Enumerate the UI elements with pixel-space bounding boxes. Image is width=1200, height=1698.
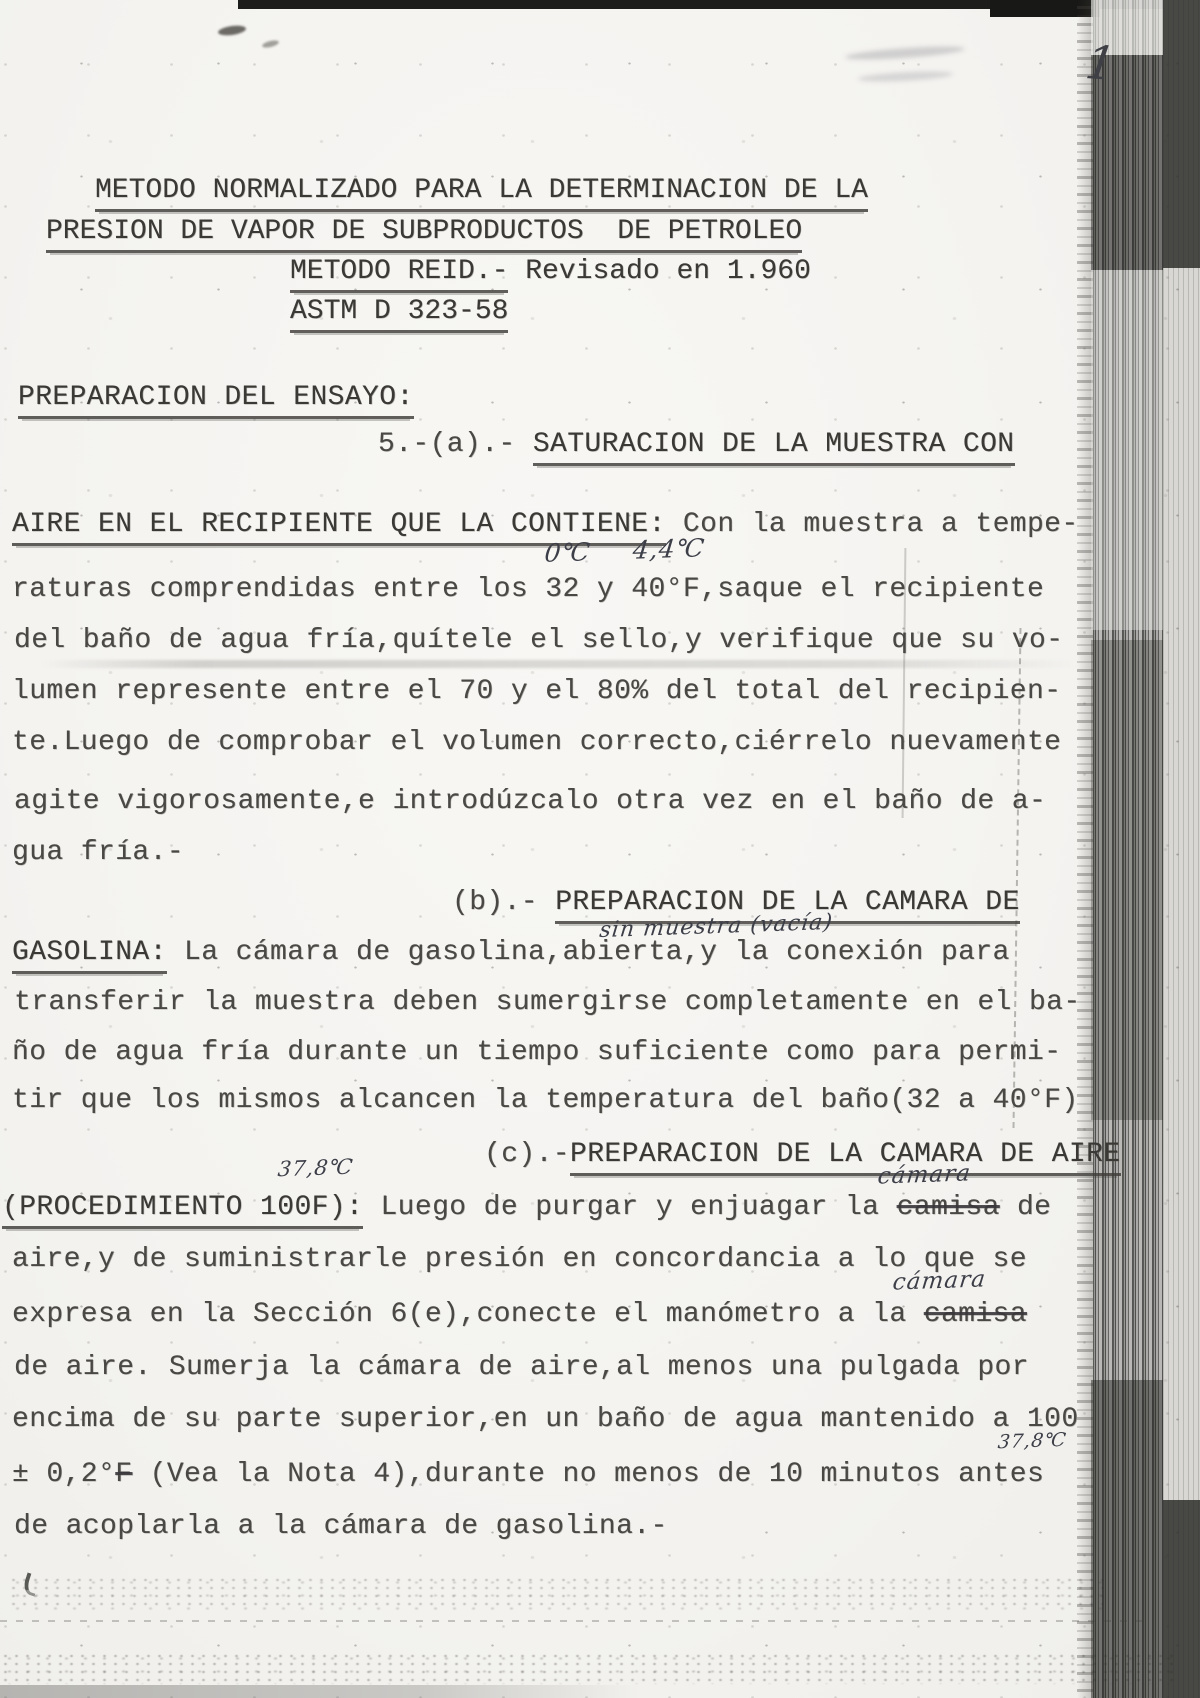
preparation-heading-text: PREPARACION DEL ENSAYO: (18, 382, 414, 419)
body-text: del baño de agua fría,quítele el sello,y… (14, 625, 1063, 656)
paragraph-a-line: gua fría.- (12, 838, 184, 868)
paragraph-c-heading-cont: (PROCEDIMIENTO 100F): (2, 1192, 363, 1229)
paragraph-b-label: (b).- (452, 887, 555, 918)
scan-smudge-band (8, 1576, 1103, 1610)
paper-bottom-shadow (0, 1685, 640, 1698)
body-text: agite vigorosamente,e introdúzcalo otra … (14, 786, 1046, 817)
preparation-heading: PREPARACION DEL ENSAYO: (18, 383, 414, 413)
paragraph-c-line: expresa en la Sección 6(e),conecte el ma… (12, 1300, 1027, 1330)
scan-band-dark-segment (1091, 1380, 1165, 1698)
temp-low-celsius: 0℃ (543, 537, 592, 568)
paragraph-a-line: del baño de agua fría,quítele el sello,y… (14, 626, 1063, 656)
body-text: Luego de purgar y enjuagar la (363, 1192, 896, 1223)
handwritten-camara-correction: cámara (891, 1266, 987, 1295)
standard-number: ASTM D 323-58 (290, 296, 508, 333)
paragraph-c-line: ± 0,2°F (Vea la Nota 4),durante no menos… (12, 1460, 1044, 1490)
handwritten-camara-correction: cámara (876, 1160, 972, 1189)
paragraph-c-line: de aire. Sumerja la cámara de aire,al me… (14, 1353, 1029, 1383)
document-title-line-1: METODO NORMALIZADO PARA LA DETERMINACION… (95, 176, 868, 206)
scan-band-dark-segment (1091, 640, 1165, 1120)
body-text: raturas comprendidas entre los 32 y 40°F… (12, 574, 1044, 605)
body-text: expresa en la Sección 6(e),conecte el ma… (12, 1299, 924, 1330)
title-text: METODO NORMALIZADO PARA LA DETERMINACION… (95, 175, 868, 212)
paragraph-c-heading: PREPARACION DE LA CAMARA DE AIRE (570, 1139, 1121, 1176)
body-text: de acoplarla a la cámara de gasolina.- (14, 1511, 668, 1542)
body-text: La cámara de gasolina,abierta,y la conex… (167, 937, 1010, 968)
paragraph-c-label: (c).- (484, 1139, 570, 1170)
paragraph-a-line: AIRE EN EL RECIPIENTE QUE LA CONTIENE: C… (12, 510, 1079, 540)
ghost-writing-trace (858, 70, 953, 84)
body-text: ± 0,2° (12, 1459, 115, 1490)
body-text: transferir la muestra deben sumergirse c… (14, 987, 1081, 1018)
body-text: aire,y de suministrarle presión en conco… (12, 1244, 1027, 1275)
paragraph-b-line: tir que los mismos alcancen la temperatu… (12, 1086, 1079, 1116)
body-text: tir que los mismos alcancen la temperatu… (12, 1085, 1079, 1116)
scan-edge-dark-top (1163, 0, 1200, 268)
scan-edge-dark-bottom (1163, 1500, 1200, 1698)
paragraph-c-line: encima de su parte superior,en un baño d… (12, 1405, 1079, 1435)
document-title-line-3: METODO REID.- Revisado en 1.960 (290, 257, 811, 287)
paragraph-a-heading: SATURACION DE LA MUESTRA CON (533, 429, 1015, 466)
paragraph-c-line: aire,y de suministrarle presión en conco… (12, 1245, 1027, 1275)
scan-smudge-band (0, 1652, 1180, 1684)
paragraph-b-line: transferir la muestra deben sumergirse c… (14, 988, 1081, 1018)
struck-word: camisa (924, 1299, 1027, 1330)
body-text: lumen represente entre el 70 y el 80% de… (12, 676, 1061, 707)
body-text: Con la muestra a tempe- (666, 509, 1079, 540)
body-text: de (1000, 1192, 1052, 1223)
title-text: PRESION DE VAPOR DE SUBPRODUCTOS DE PETR… (46, 216, 802, 253)
paragraph-c-heading-line: (c).-PREPARACION DE LA CAMARA DE AIRE (484, 1140, 1121, 1170)
pen-mark (21, 1572, 41, 1596)
ink-blot (262, 39, 280, 49)
paragraph-a-line: lumen represente entre el 70 y el 80% de… (12, 677, 1061, 707)
paragraph-c-line: de acoplarla a la cámara de gasolina.- (14, 1512, 668, 1542)
paragraph-c-line: (PROCEDIMIENTO 100F): Luego de purgar y … (2, 1193, 1051, 1223)
scan-streak (40, 660, 1080, 668)
paragraph-a-line: raturas comprendidas entre los 32 y 40°F… (12, 575, 1044, 605)
ink-blot (218, 24, 247, 37)
handwritten-temp-100f: 37,8℃ (997, 1429, 1068, 1453)
temp-high-celsius: 4,4℃ (631, 533, 706, 564)
document-title-line-4: ASTM D 323-58 (290, 297, 508, 327)
paragraph-a-label: 5.-(a).- (378, 429, 533, 460)
struck-word: camisa (897, 1192, 1000, 1223)
scanned-document-page: 1 METODO NORMALIZADO PARA LA DETERMINACI… (0, 0, 1200, 1698)
body-text: (Vea la Nota 4),durante no menos de 10 m… (132, 1459, 1044, 1490)
body-text: ño de agua fría durante un tiempo sufici… (12, 1037, 1061, 1068)
struck-letter: F (115, 1459, 132, 1490)
paragraph-b-heading-cont: GASOLINA: (12, 937, 167, 974)
body-text: gua fría.- (12, 837, 184, 868)
handwritten-temp-annotation: 0℃4,4℃ (543, 533, 706, 568)
paragraph-a-heading-line: 5.-(a).- SATURACION DE LA MUESTRA CON (378, 430, 1015, 460)
paragraph-b-line: GASOLINA: La cámara de gasolina,abierta,… (12, 938, 1010, 968)
document-title-line-2: PRESION DE VAPOR DE SUBPRODUCTOS DE PETR… (46, 217, 802, 247)
scan-band-light-segment (1091, 270, 1165, 630)
revision-note: Revisado en 1.960 (508, 256, 810, 287)
body-text: de aire. Sumerja la cámara de aire,al me… (14, 1352, 1029, 1383)
paragraph-b-line: ño de agua fría durante un tiempo sufici… (12, 1038, 1061, 1068)
handwritten-temp-100f: 37,8℃ (277, 1155, 355, 1182)
ghost-writing-trace (845, 44, 965, 62)
body-text: encima de su parte superior,en un baño d… (12, 1404, 1079, 1435)
paragraph-a-line: te.Luego de comprobar el volumen correct… (12, 728, 1061, 758)
scan-dotted-line (0, 1620, 1150, 1622)
body-text: te.Luego de comprobar el volumen correct… (12, 727, 1061, 758)
method-name: METODO REID.- (290, 256, 508, 293)
paragraph-a-line: agite vigorosamente,e introdúzcalo otra … (14, 787, 1046, 817)
